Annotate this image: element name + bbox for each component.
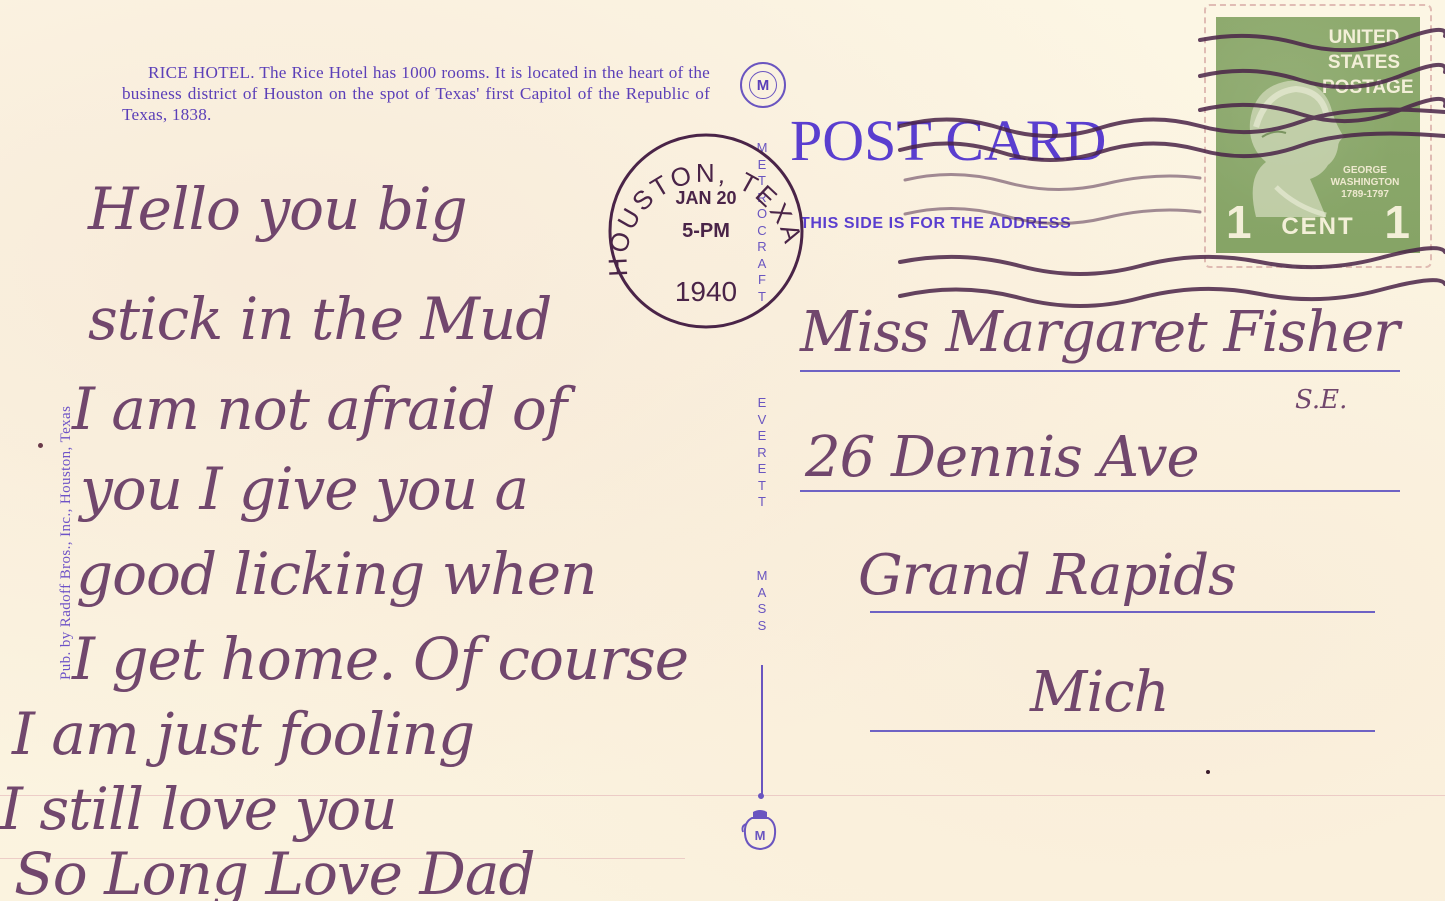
divider-word-everett: EVERETT (755, 395, 769, 511)
ink-speck (38, 443, 43, 448)
postmark-time: 5-PM (596, 220, 816, 243)
divider-line (761, 665, 763, 795)
stamp-country-line: STATES (1322, 50, 1406, 75)
stamp-portrait-name: GEORGE WASHINGTON (1310, 165, 1420, 189)
message-line: stick in the Mud (88, 290, 551, 348)
postage-stamp: UNITED STATES POSTAGE GEORGE WASHINGTON … (1216, 17, 1420, 253)
message-line: you I give you a (80, 460, 528, 518)
stamp-value-left: 1 (1226, 199, 1252, 245)
address-street-prefix: S.E. (1295, 385, 1347, 415)
ink-speck (1206, 770, 1210, 774)
address-name: Miss Margaret Fisher (800, 305, 1399, 361)
message-line: I get home. Of course (72, 630, 688, 688)
address-state: Mich (1030, 665, 1169, 721)
message-line: I am just fooling (12, 705, 474, 763)
post-card-title: POST CARD (790, 112, 1106, 170)
metrocraft-jug-icon: M (740, 808, 780, 852)
seal-letter: M (749, 71, 777, 99)
message-line: I still love you (0, 780, 397, 838)
address-city: Grand Rapids (858, 548, 1236, 604)
stamp-country-line: POSTAGE (1322, 75, 1406, 100)
message-line: So Long Love Dad (14, 845, 535, 901)
divider-dot (758, 793, 764, 799)
message-line: good licking when (76, 545, 596, 603)
message-line: Hello you big (88, 180, 467, 238)
hotel-caption: RICE HOTEL. The Rice Hotel has 1000 room… (122, 62, 710, 125)
stamp-denomination: 1 CENT 1 (1226, 199, 1410, 245)
message-line: I am not afraid of (72, 380, 566, 438)
address-rule (870, 611, 1375, 613)
stamp-value-right: 1 (1384, 199, 1410, 245)
address-side-note: THIS SIDE IS FOR THE ADDRESS (800, 215, 1071, 233)
svg-text:M: M (755, 828, 766, 843)
divider-word-mass: MASS (755, 568, 769, 634)
address-street: 26 Dennis Ave (805, 430, 1199, 486)
metrocraft-seal-icon: M (740, 62, 786, 108)
address-rule (800, 370, 1400, 372)
address-rule (870, 730, 1375, 732)
postmark-date: JAN 20 (596, 188, 816, 209)
address-rule (800, 490, 1400, 492)
stamp-country: UNITED STATES POSTAGE (1322, 25, 1406, 100)
postmark-year: 1940 (596, 276, 816, 308)
stamp-value-label: CENT (1281, 213, 1354, 241)
stamp-country-line: UNITED (1322, 25, 1406, 50)
caption-title: RICE HOTEL. (122, 63, 255, 82)
